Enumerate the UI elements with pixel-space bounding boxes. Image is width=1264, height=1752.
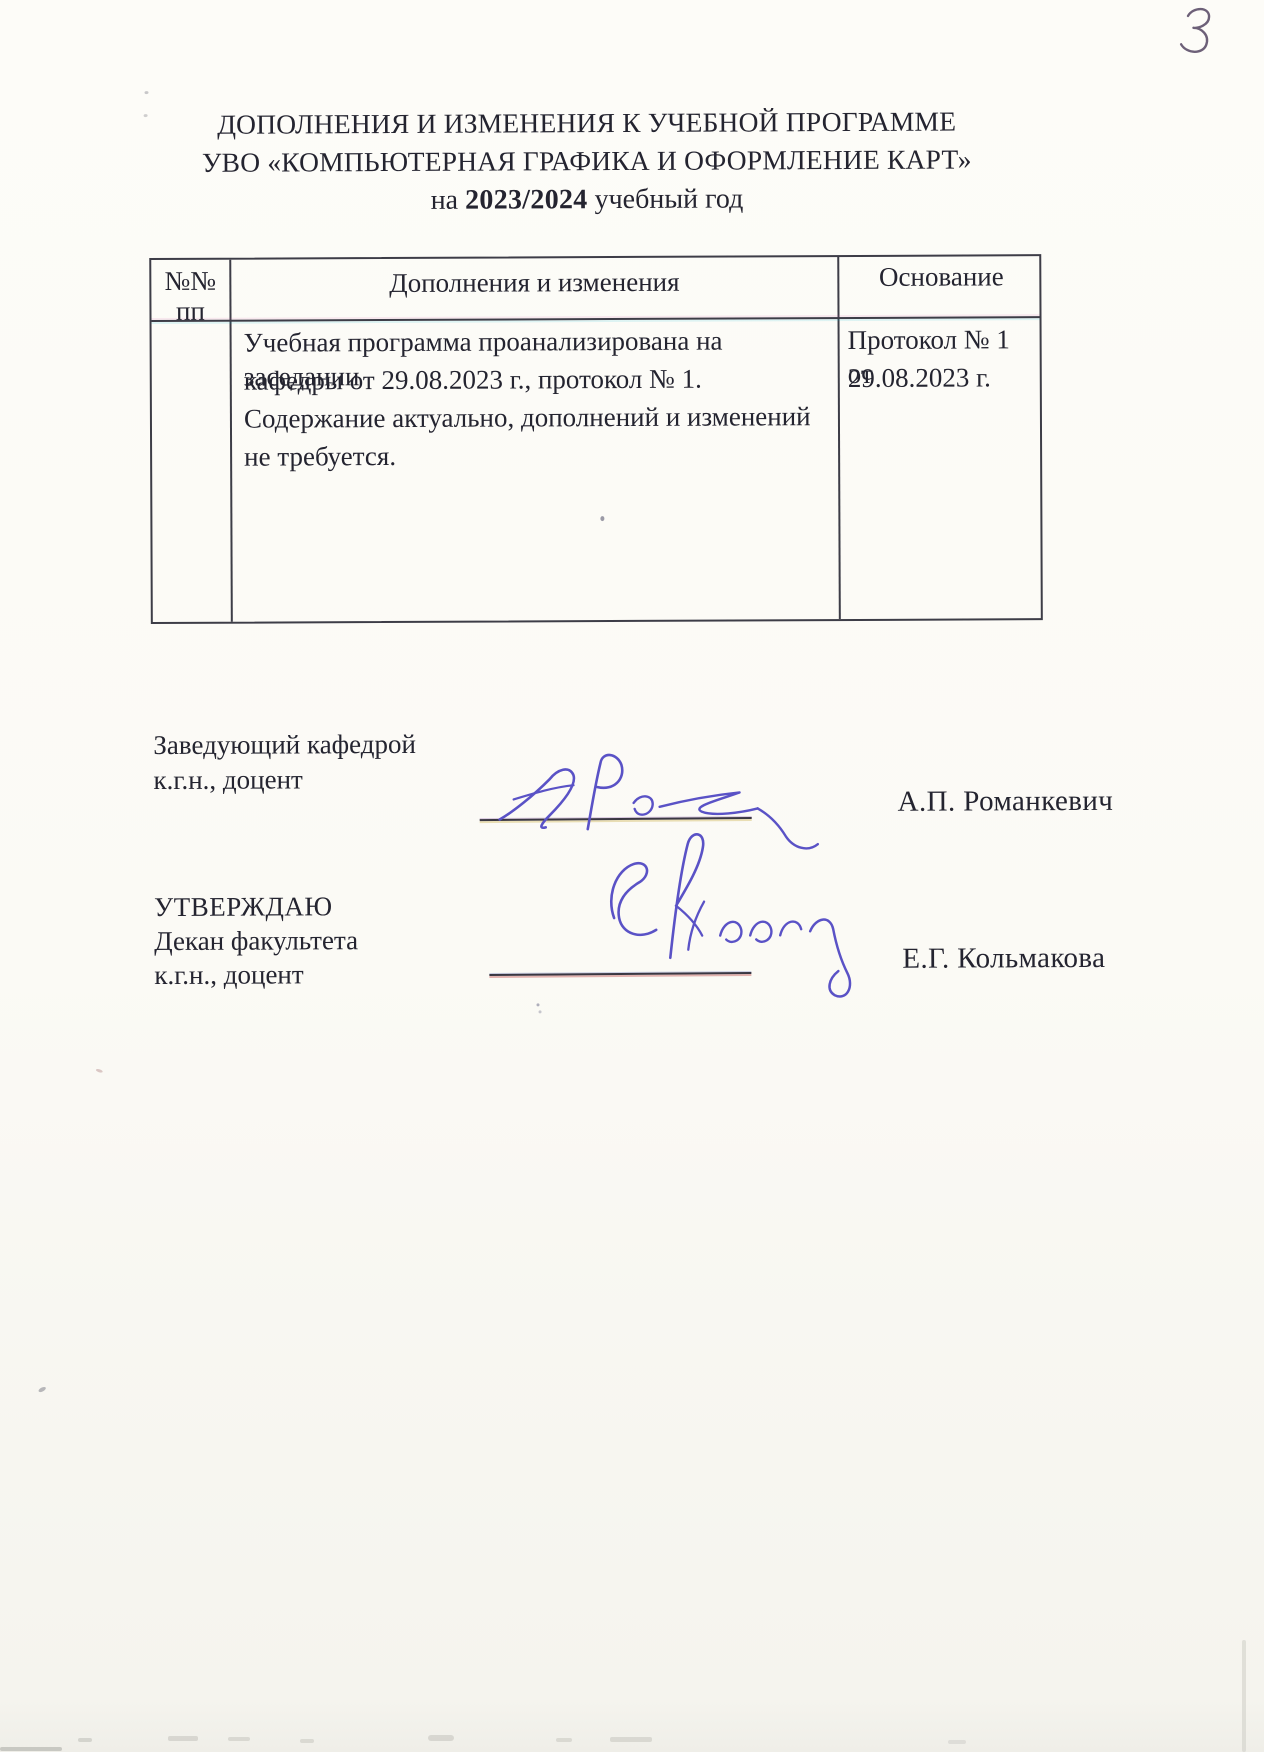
table-column-divider-2 [837,257,841,619]
signer-1-role-line-1: Заведующий кафедрой [153,727,416,762]
title-year-prefix: на [431,185,466,216]
table-header-divider [152,316,1040,322]
scan-smudge [300,1739,314,1743]
changes-table: №№ пп Дополнения и изменения Основание У… [149,254,1043,624]
header-col-changes: Дополнения и изменения [231,264,837,301]
document-title-line-1: ДОПОЛНЕНИЯ И ИЗМЕНЕНИЯ К УЧЕБНОЙ ПРОГРАМ… [139,102,1035,144]
document-title: ДОПОЛНЕНИЯ И ИЗМЕНЕНИЯ К УЧЕБНОЙ ПРОГРАМ… [139,102,1035,222]
title-academic-year: 2023/2024 [465,184,588,216]
page-sheet: ДОПОЛНЕНИЯ И ИЗМЕНЕНИЯ К УЧЕБНОЙ ПРОГРАМ… [0,0,1264,1752]
header-col-number-line-2: пп [151,294,229,328]
cell-basis-line: 29.08.2023 г. [848,360,1040,395]
scan-smudge [1242,1640,1246,1752]
signer-1-role-line-2: к.г.н., доцент [153,762,302,797]
signature-2 [562,817,883,1018]
scan-speck [537,1003,540,1006]
document-title-line-2: УВО «КОМПЬЮТЕРНАЯ ГРАФИКА И ОФОРМЛЕНИЕ К… [139,140,1035,182]
scan-smudge [228,1737,250,1741]
scan-smudge [610,1737,652,1742]
cell-changes-line: Содержание актуально, дополнений и измен… [244,399,830,436]
title-year-suffix: учебный год [587,183,743,215]
signer-2-role-line-1: Декан факультета [154,923,358,958]
document-title-line-3: на 2023/2024 учебный год [139,178,1035,222]
cell-changes-line: не требуется. [244,437,830,474]
scan-smudge [428,1735,454,1741]
signer-2-name: Е.Г. Кольмакова [902,942,1105,976]
scan-smudge [78,1738,92,1742]
scan-smudge [556,1738,572,1742]
signer-1-name: А.П. Романкевич [898,785,1114,819]
scan-smudge [948,1740,966,1744]
approve-heading: УТВЕРЖДАЮ [154,889,333,924]
scan-speck [144,114,148,117]
signer-2-role-line-2: к.г.н., доцент [154,957,303,992]
scan-speck [539,1010,542,1013]
header-col-basis: Основание [839,259,1043,294]
cell-changes-line: кафедры от 29.08.2023 г., протокол № 1. [244,361,830,398]
scan-speck [38,1386,47,1393]
scan-speck [600,516,604,521]
handwritten-page-number-icon [1171,0,1226,60]
scan-speck [145,91,149,94]
scan-speck [96,1068,104,1073]
scan-smudge [0,1747,62,1751]
table-column-divider-1 [229,260,233,622]
scan-smudge [168,1736,198,1741]
